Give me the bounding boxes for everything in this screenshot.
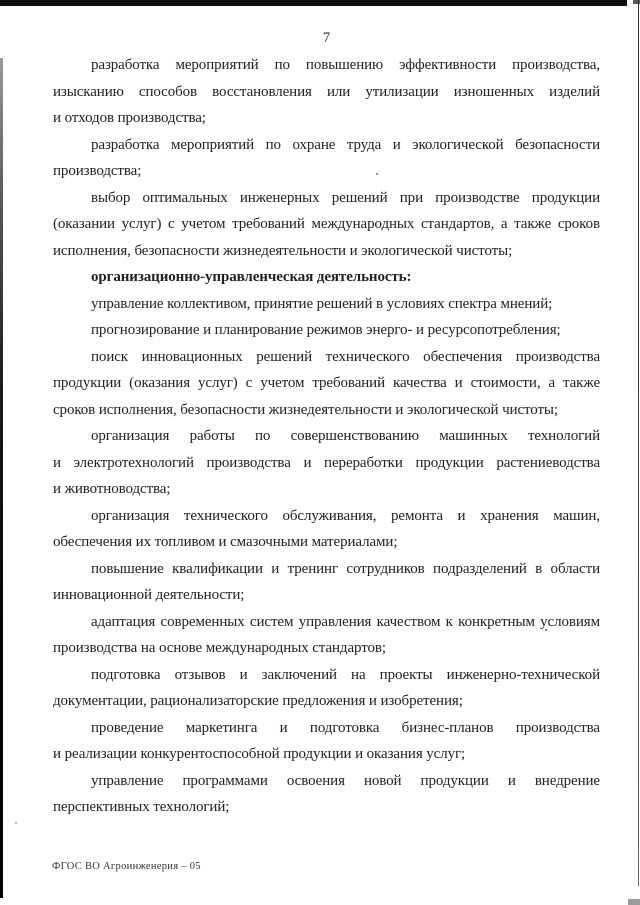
page-number: 7 <box>53 30 600 47</box>
document-body: разработка мероприятий по повышению эффе… <box>53 52 600 821</box>
text-line: поиск инновационных решений технического… <box>53 344 600 371</box>
text-line: исполнения, безопасности жизнедеятельнос… <box>53 238 600 265</box>
scanned-document-page: 7 разработка мероприятий по повышению эф… <box>0 0 640 905</box>
text-line: адаптация современных систем управления … <box>53 609 600 636</box>
section-heading: организационно-управленческая деятельнос… <box>53 264 600 291</box>
paragraph-2: разработка мероприятий по охране труда и… <box>53 132 600 185</box>
paragraph-13: проведение маркетинга и подготовка бизне… <box>53 715 600 768</box>
text-line: разработка мероприятий по повышению эффе… <box>53 52 600 79</box>
text-line: обеспечения их топливом и смазочными мат… <box>53 529 600 556</box>
text-line: организация работы по совершенствованию … <box>53 423 600 450</box>
text-line: выбор оптимальных инженерных решений при… <box>53 185 600 212</box>
text-line: управление программами освоения новой пр… <box>53 768 600 795</box>
text-line: и животноводства; <box>53 476 600 503</box>
text-line: и реализации конкурентоспособной продукц… <box>53 741 600 768</box>
text-line: организация технического обслуживания, р… <box>53 503 600 530</box>
scan-border-top <box>0 0 627 6</box>
text-line: (оказании услуг) с учетом требований меж… <box>53 211 600 238</box>
text-line: изысканию способов восстановления или ут… <box>53 79 600 106</box>
paragraph-11: адаптация современных систем управления … <box>53 609 600 662</box>
scan-speck <box>15 822 17 824</box>
scan-border-right <box>638 0 640 886</box>
text-line: перспективных технологий; <box>53 794 600 821</box>
paragraph-6: прогнозирование и планирование режимов э… <box>53 317 600 344</box>
paragraph-3: выбор оптимальных инженерных решений при… <box>53 185 600 265</box>
text-line: разработка мероприятий по охране труда и… <box>53 132 600 159</box>
text-line: проведение маркетинга и подготовка бизне… <box>53 715 600 742</box>
text-line: производства; <box>53 158 600 185</box>
paragraph-5: управление коллективом, принятие решений… <box>53 291 600 318</box>
paragraph-9: организация технического обслуживания, р… <box>53 503 600 556</box>
paragraph-8: организация работы по совершенствованию … <box>53 423 600 503</box>
text-line: документации, рационализаторские предлож… <box>53 688 600 715</box>
paragraph-14: управление программами освоения новой пр… <box>53 768 600 821</box>
scan-border-left <box>0 58 3 898</box>
text-line: подготовка отзывов и заключений на проек… <box>53 662 600 689</box>
paragraph-10: повышение квалификации и тренинг сотрудн… <box>53 556 600 609</box>
paragraph-1: разработка мероприятий по повышению эффе… <box>53 52 600 132</box>
paragraph-12: подготовка отзывов и заключений на проек… <box>53 662 600 715</box>
text-line: прогнозирование и планирование режимов э… <box>53 317 600 344</box>
scan-mark-bottom-right <box>628 899 640 905</box>
text-line: и отходов производства; <box>53 105 600 132</box>
text-line: и электротехнологий производства и перер… <box>53 450 600 477</box>
footer-label: ФГОС ВО Агроинженерия – 05 <box>52 861 201 872</box>
text-line: продукции (оказания услуг) с учетом треб… <box>53 370 600 397</box>
text-line: управление коллективом, принятие решений… <box>53 291 600 318</box>
text-line: инновационной деятельности; <box>53 582 600 609</box>
text-line: сроков исполнения, безопасности жизнедея… <box>53 397 600 424</box>
text-line: организационно-управленческая деятельнос… <box>53 264 600 291</box>
text-line: повышение квалификации и тренинг сотрудн… <box>53 556 600 583</box>
text-line: производства на основе международных ста… <box>53 635 600 662</box>
paragraph-7: поиск инновационных решений технического… <box>53 344 600 424</box>
